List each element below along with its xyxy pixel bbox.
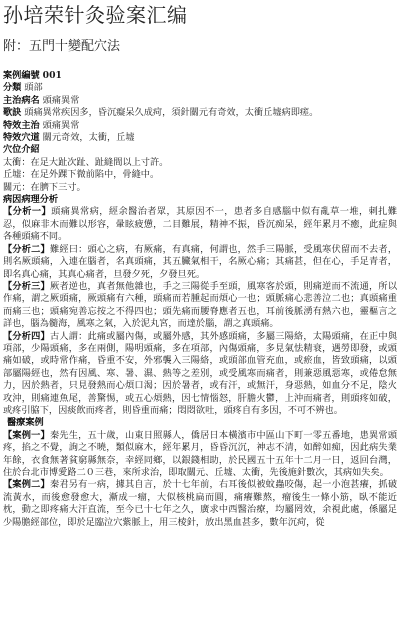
case-paragraph: 【案例二】秦君另有一病，據其自言，於十七年前，右耳後似被蚊蟲咬傷，起一小泡甚癢，… [3, 479, 397, 529]
analysis-paragraph: 【分析四】古人謂：此痛或屬內傷，或屬外感，其外感頭痛，多屬三陽絡，太陽頭痛，在正… [3, 331, 397, 418]
case-tag: 【案例一】 [3, 430, 50, 441]
case-number-label: 案例編號 [3, 70, 40, 81]
rhyme-label: 歌訣 [3, 107, 21, 118]
special-treat-value: 頭痛異常 [43, 120, 80, 131]
special-treat-label: 特效主治 [3, 120, 40, 131]
analysis-paragraph: 【分析二】難經曰：頭心之病，有厥痛，有真痛，何謂也，然手三陽脈，受風寒伏留而不去… [3, 244, 397, 281]
disease-value: 頭痛異常 [43, 95, 80, 106]
analysis-text: 古人謂：此痛或屬內傷，或屬外感，其外感頭痛，多屬三陽絡，太陽頭痛，在正中與項部，… [3, 331, 397, 416]
analysis-tag: 【分析二】 [3, 244, 50, 255]
special-points-row: 特效穴道 關元奇效，太衝，丘墟 [3, 132, 397, 144]
case-text: 秦君另有一病，據其自言，於十七年前，右耳後似被蚊蟲咬傷，起一小泡甚癢，抓破流黃水… [3, 479, 397, 527]
category-label: 分類 [3, 82, 21, 93]
analysis-tag: 【分析三】 [3, 281, 50, 292]
point-item: 丘墟：在足外踝下微前陷中，骨縫中。 [3, 169, 397, 181]
disease-label: 主治病名 [3, 95, 40, 106]
case-number-value: 001 [43, 70, 62, 81]
analysis-text: 頭痛異常病，經余醫治者眾，其原因不一，患者多自感腦中似有亂草一堆，刺扎難忍，似麻… [3, 206, 397, 242]
document-title: 孙培荣针灸验案汇编 [3, 2, 397, 28]
case-record: 案例編號 001 分類 頭部 主治病名 頭痛異常 歌訣 頭痛異常疾因多，昏沉癡呆… [3, 70, 397, 529]
case-text: 秦先生，五十歲，山東日照縣人，僑居日本橫濱市中區山下町一零五番地，患異常頭疼，掐… [3, 430, 397, 478]
analysis-heading: 病因病理分析 [3, 194, 397, 206]
analysis-tag: 【分析一】 [3, 206, 51, 217]
rhyme-value: 頭痛異常疾因多，昏沉癡呆久成疴，須針關元有奇效，太衝丘墟病即瘥。 [24, 107, 318, 118]
category-value: 頭部 [24, 82, 42, 93]
point-item: 太衝：在足大趾次趾、趾縫間以上寸許。 [3, 157, 397, 169]
analysis-paragraph: 【分析三】厥者逆也，真者無他雜也，手之三陽從手至頭，風寒客於頭，則痛逆而不流通，… [3, 281, 397, 331]
cases-heading: 醫療案例 [3, 417, 397, 429]
case-paragraph: 【案例一】秦先生，五十歲，山東日照縣人，僑居日本橫濱市中區山下町一零五番地，患異… [3, 430, 397, 480]
case-number-row: 案例編號 001 [3, 70, 397, 82]
analysis-paragraph: 【分析一】頭痛異常病，經余醫治者眾，其原因不一，患者多自感腦中似有亂草一堆，刺扎… [3, 206, 397, 243]
special-points-label: 特效穴道 [3, 132, 40, 143]
category-row: 分類 頭部 [3, 82, 397, 94]
special-points-value: 關元奇效，太衝，丘墟 [43, 132, 135, 143]
document-page: 孙培荣针灸验案汇编 附：五門十變配穴法 案例編號 001 分類 頭部 主治病名 … [0, 0, 401, 529]
points-intro-heading: 穴位介紹 [3, 144, 397, 156]
special-treat-row: 特效主治 頭痛異常 [3, 120, 397, 132]
disease-row: 主治病名 頭痛異常 [3, 95, 397, 107]
analysis-text: 難經曰：頭心之病，有厥痛，有真痛，何謂也，然手三陽脈，受風寒伏留而不去者，則名厥… [3, 244, 397, 280]
case-tag: 【案例二】 [3, 479, 50, 490]
analysis-text: 厥者逆也，真者無他雜也，手之三陽從手至頭，風寒客於頭，則痛逆而不流通，所以作痛，… [3, 281, 397, 329]
rhyme-row: 歌訣 頭痛異常疾因多，昏沉癡呆久成疴，須針關元有奇效，太衝丘墟病即瘥。 [3, 107, 397, 119]
point-item: 關元：在臍下三寸。 [3, 182, 397, 194]
analysis-tag: 【分析四】 [3, 331, 50, 342]
document-subtitle: 附：五門十變配穴法 [3, 38, 397, 56]
